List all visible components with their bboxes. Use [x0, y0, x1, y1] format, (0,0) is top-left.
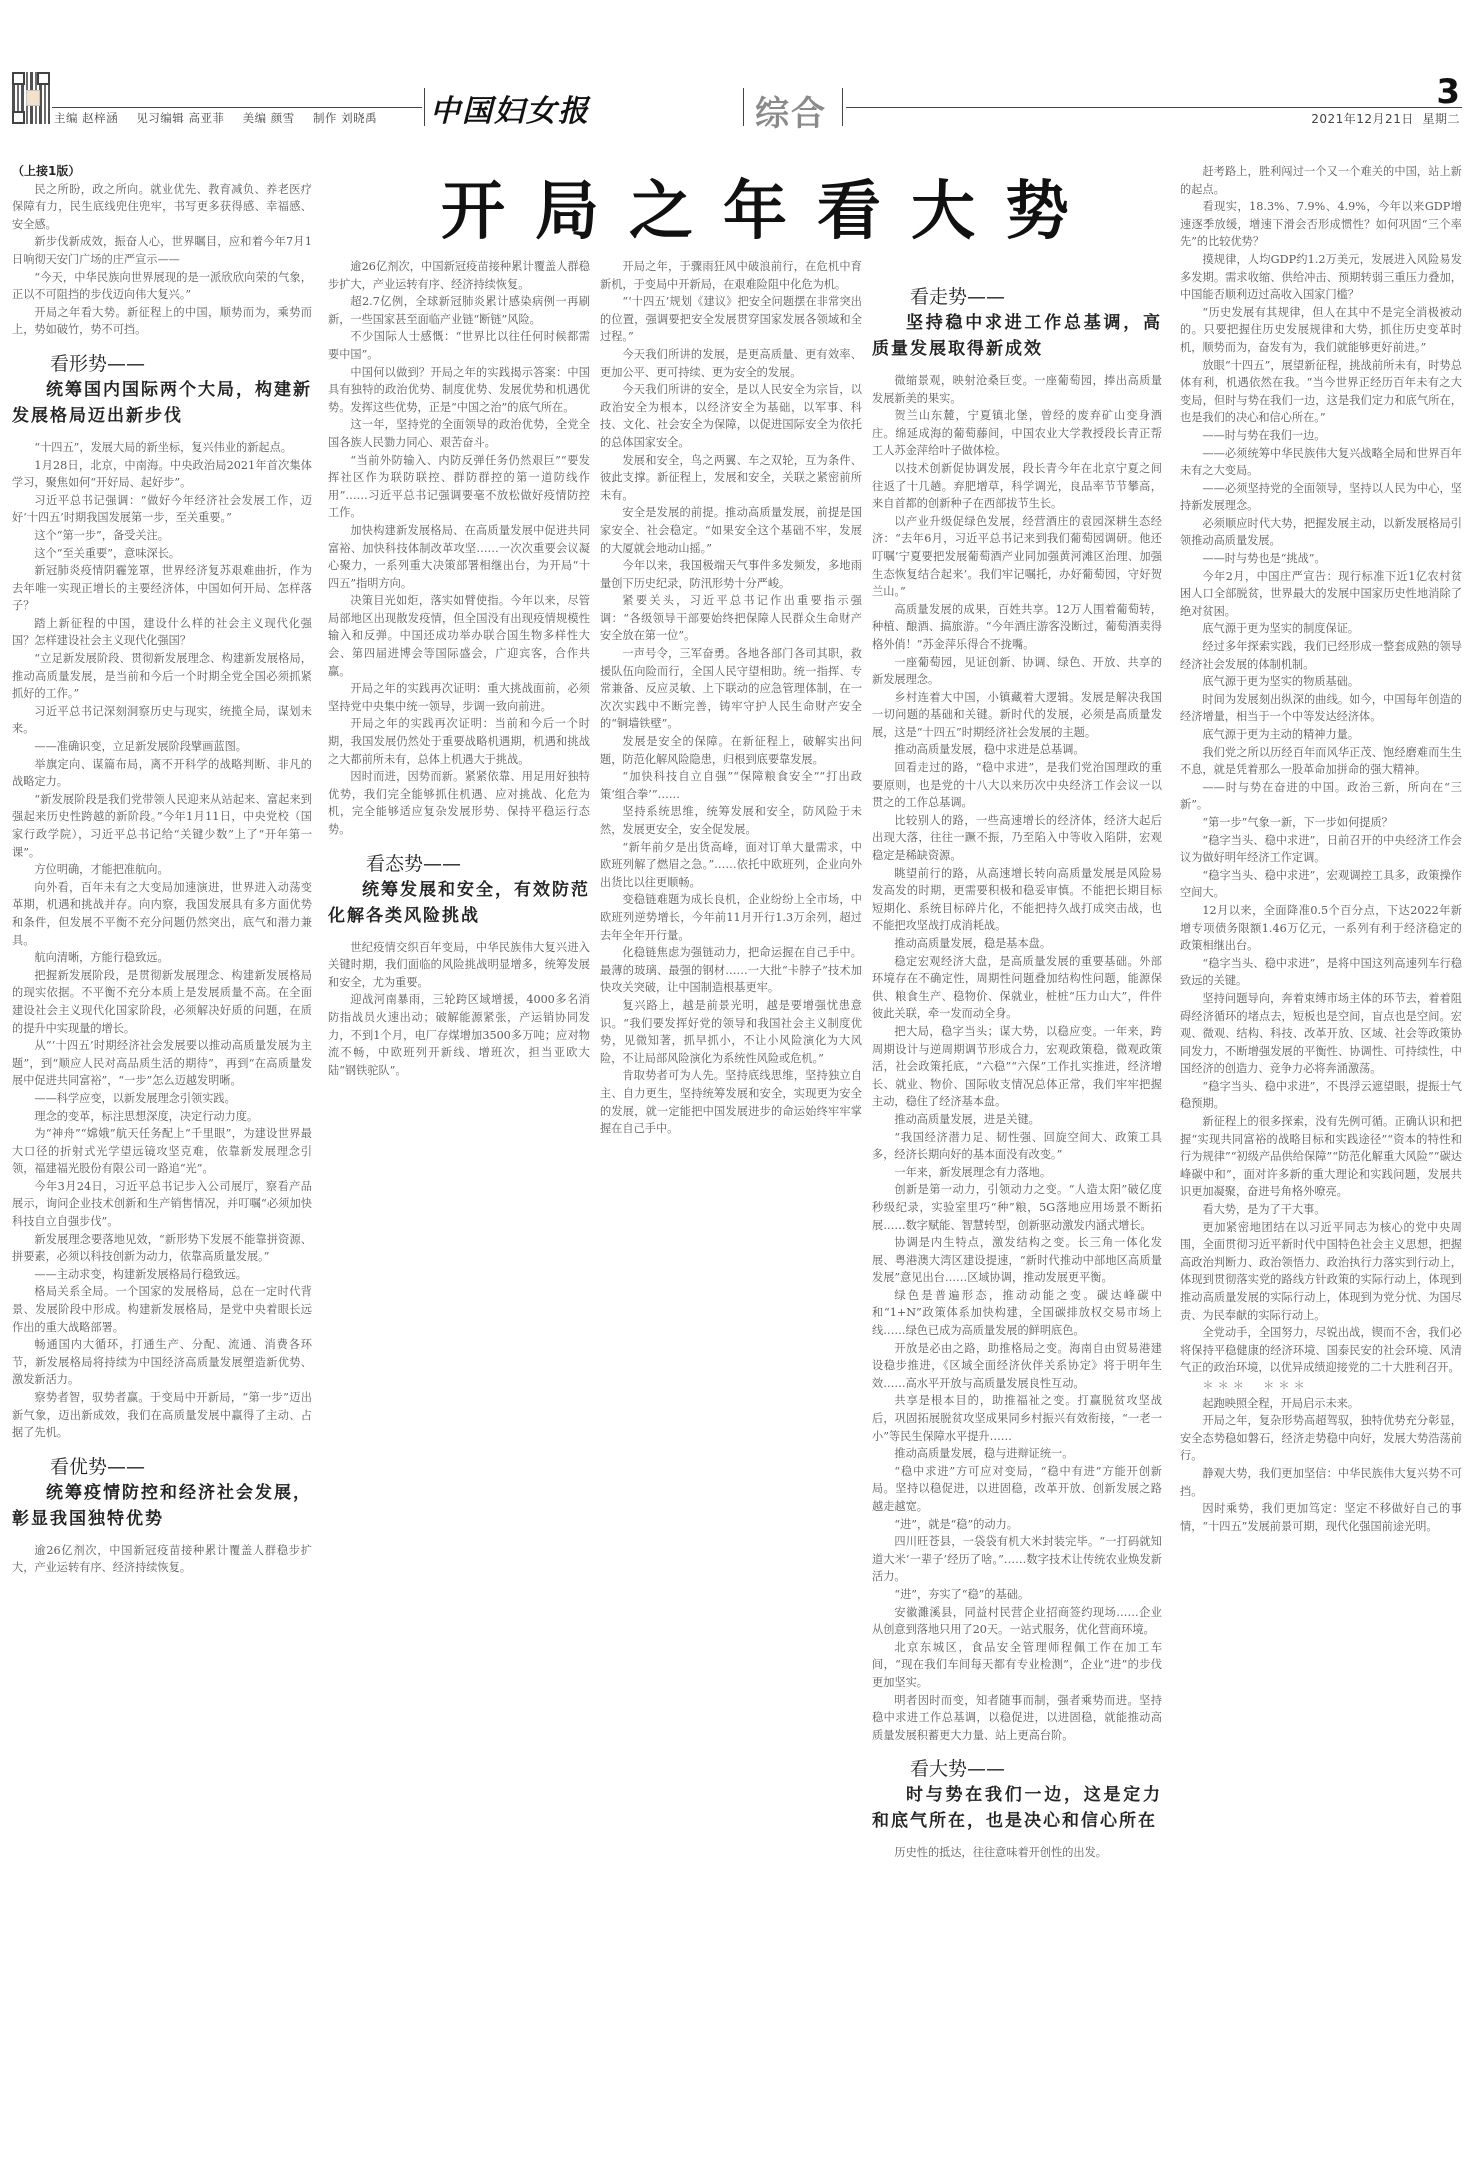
- section-divider: [842, 88, 843, 126]
- paragraph: 复兴路上，越是前景光明，越是要增强忧患意识。“我们要发挥好党的领导和我国社会主义…: [600, 997, 862, 1067]
- masthead-rule: [846, 107, 1462, 108]
- paragraph: 肯取势者可为人先。坚持底线思维，坚持独立自主、自力更生，坚持统筹发展和安全，实现…: [600, 1067, 862, 1137]
- credit-producer: 制作 刘晓禹: [313, 111, 377, 125]
- paragraph: 推动高质量发展，稳中求进是总基调。: [872, 741, 1162, 759]
- continued-from: （上接1版）: [12, 163, 312, 181]
- paragraph: 底气源于更为主动的精神力量。: [1180, 726, 1462, 744]
- paragraph: 赶考路上，胜利闯过一个又一个难关的中国，站上新的起点。: [1180, 163, 1462, 198]
- paragraph: 开局之年，于骤雨狂风中破浪前行，在危机中育新机，于变局中开新局，在艰难险阻中化危…: [600, 258, 862, 293]
- paragraph: 静观大势，我们更加坚信：中华民族伟大复兴势不可挡。: [1180, 1465, 1462, 1500]
- paragraph: 看大势，是为了干大事。: [1180, 1201, 1462, 1219]
- paragraph: 坚持问题导向，奔着束缚市场主体的环节去，着着阻碍经济循环的堵点去，短板也是空间，…: [1180, 990, 1462, 1078]
- paragraph: 必须顺应时代大势，把握发展主动，以新发展格局引领推动高质量发展。: [1180, 515, 1462, 550]
- paragraph: 理念的变革，标注思想深度，决定行动力度。: [12, 1108, 312, 1126]
- paragraph: “进”，就是“稳”的动力。: [872, 1516, 1162, 1534]
- paragraph: “加快科技自立自强”“保障粮食安全”“打出政策‘组合拳’”……: [600, 768, 862, 803]
- paragraph: 创新是第一动力，引领动力之变。“人造太阳”破亿度秒级纪录，实验室里巧“种”粮，5…: [872, 1181, 1162, 1234]
- paragraph: 底气源于更为坚实的物质基础。: [1180, 673, 1462, 691]
- paragraph: 逾26亿剂次，中国新冠疫苗接种累计覆盖人群稳步扩大，产业运转有序、经济持续恢复。: [12, 1542, 312, 1577]
- paragraph: 开局之年，复杂形势高超驾驭，独特优势充分彰显，安全态势稳如磐石，经济走势稳中向好…: [1180, 1412, 1462, 1465]
- paragraph: 民之所盼，政之所向。就业优先、教育减负、养老医疗保障有力，民生底线兜住兜牢，书写…: [12, 181, 312, 234]
- column-4: 看走势—— 坚持稳中求进工作总基调，高质量发展取得新成效 微缩景观，映射沧桑巨变…: [872, 258, 1162, 2158]
- section-body: 历史性的抵达，往往意味着开创性的出发。: [872, 1844, 1162, 1862]
- section-body: 逾26亿剂次，中国新冠疫苗接种累计覆盖人群稳步扩大，产业运转有序、经济持续恢复。…: [328, 258, 590, 839]
- paragraph: 发展和安全，鸟之两翼、车之双轮，互为条件、彼此支撑。新征程上，发展和安全，关联之…: [600, 452, 862, 505]
- paragraph: 开局之年的实践再次证明：重大挑战面前，必须坚持党中央集中统一领导，步调一致向前进…: [328, 680, 590, 715]
- paragraph: 四川旺苍县，一袋袋有机大米封装完毕。“一打码就知道大米‘一辈子’经历了啥。”………: [872, 1533, 1162, 1586]
- section-body: 世纪疫情交织百年变局，中华民族伟大复兴进入关键时期，我们面临的风险挑战明显增多，…: [328, 939, 590, 1080]
- paragraph: 开局之年的实践再次证明：当前和今后一个时期，我国发展仍然处于重要战略机遇期，机遇…: [328, 715, 590, 768]
- paragraph: 历史性的抵达，往往意味着开创性的出发。: [872, 1844, 1162, 1862]
- paragraph: 紧要关头，习近平总书记作出重要指示强调：“各级领导干部要始终把保障人民群众生命财…: [600, 592, 862, 645]
- paragraph: 明者因时而变，知者随事而制，强者乘势而进。坚持稳中求进工作总基调，以稳促进，以进…: [872, 1692, 1162, 1745]
- paragraph: “历史发展有其规律，但人在其中不是完全消极被动的。只要把握住历史发展规律和大势，…: [1180, 304, 1462, 357]
- paragraph: 航向清晰，方能行稳致远。: [12, 949, 312, 967]
- paragraph: 12月以来，全面降准0.5个百分点，下达2022年新增专项债务限额1.46万亿元…: [1180, 902, 1462, 955]
- paragraph: 经过多年探索实践，我们已经形成一整套成熟的领导经济社会发展的体制机制。: [1180, 638, 1462, 673]
- paragraph: 北京东城区，食品安全管理师程佩工作在加工车间，“现在我们车间每天都有专业检测”，…: [872, 1639, 1162, 1692]
- paragraph: ——科学应变，以新发展理念引领实践。: [12, 1090, 312, 1108]
- section-heading-situation: 看形势—— 统筹国内国际两个大局，构建新发展格局迈出新步伐: [12, 351, 312, 429]
- paragraph: 我们党之所以历经百年而风华正茂、饱经磨难而生生不息，就是凭着那么一股革命加拼命的…: [1180, 744, 1462, 779]
- paragraph: “当前外防输入、内防反弹任务仍然艰巨”“要发挥社区作为联防联控、群防群控的第一道…: [328, 452, 590, 522]
- paragraph: 这个“至关重要”，意味深长。: [12, 545, 312, 563]
- credit-chief-editor: 主编 赵梓涵: [54, 111, 118, 125]
- paragraph: ——时与势也是“挑战”。: [1180, 550, 1462, 568]
- paragraph: 察势者智，驭势者赢。于变局中开新局，“第一步”迈出新气象，迈出新成效，我们在高质…: [12, 1389, 312, 1442]
- paragraph: 加快构建新发展格局、在高质量发展中促进共同富裕、加快科技体制改革攻坚……一次次重…: [328, 522, 590, 592]
- paragraph: 回看走过的路，“稳中求进”，是我们党治国理政的重要原则，也是党的十八大以来历次中…: [872, 759, 1162, 812]
- editor-credits: 主编 赵梓涵 见习编辑 高亚菲 美编 颜雪 制作 刘晓禹: [54, 110, 391, 126]
- masthead-rule: [52, 107, 422, 108]
- paragraph: ——主动求变，构建新发展格局行稳致远。: [12, 1266, 312, 1284]
- paragraph: 为“神舟”“嫦娥”航天任务配上“千里眼”，为建设世界最大口径的折射式光学望远镜攻…: [12, 1125, 312, 1178]
- paragraph: 今年以来，我国极端天气事件多发频发，多地雨量创下历史纪录，防汛形势十分严峻。: [600, 557, 862, 592]
- paragraph: 推动高质量发展，进是关键。: [872, 1111, 1162, 1129]
- paragraph: 不少国际人士感慨：“世界比以往任何时候都需要中国”。: [328, 328, 590, 363]
- paragraph: ——必须坚持党的全面领导，坚持以人民为中心，坚持新发展理念。: [1180, 480, 1462, 515]
- paragraph: 今年2月，中国庄严宣告：现行标准下近1亿农村贫困人口全部脱贫，世界最大的发展中国…: [1180, 568, 1462, 621]
- paragraph: 起跑映照全程，开局启示未来。: [1180, 1395, 1462, 1413]
- paragraph: 安全是发展的前提。推动高质量发展，前提是国家安全、社会稳定。“如果安全这个基础不…: [600, 504, 862, 557]
- paragraph: 摸规律，人均GDP约1.2万美元，发展进入风险易发多发期。需求收缩、供给冲击、预…: [1180, 251, 1462, 304]
- paragraph: 新冠肺炎疫情阴霾笼罩，世界经济复苏艰难曲折，作为去年唯一实现正增长的主要经济体，…: [12, 562, 312, 615]
- paragraph: 化稳链焦虑为强链动力，把命运握在自己手中。最薄的玻璃、最强的钢材……一大批“卡脖…: [600, 944, 862, 997]
- paragraph: 以技术创新促协调发展，段长青今年在北京宁夏之间往返了十几趟。弃肥增草，科学调光，…: [872, 460, 1162, 513]
- column-5: 赶考路上，胜利闯过一个又一个难关的中国，站上新的起点。看现实，18.3%、7.9…: [1180, 163, 1462, 2158]
- section-heading-posture: 看态势—— 统筹发展和安全，有效防范化解各类风险挑战: [328, 851, 590, 929]
- paragraph: 格局关系全局。一个国家的发展格局，总在一定时代背景、发展阶段中形成。构建新发展格…: [12, 1283, 312, 1336]
- qr-code-icon[interactable]: [12, 72, 50, 124]
- section-title: 统筹发展和安全，有效防范化解各类风险挑战: [328, 877, 590, 929]
- section-kicker: 看态势——: [328, 851, 590, 877]
- logo-divider: [743, 88, 744, 126]
- paragraph: 绿色是普遍形态，推动动能之变。碳达峰碳中和“1+N”政策体系加快构建，全国碳排放…: [872, 1287, 1162, 1340]
- section-heading-big-picture: 看大势—— 时与势在我们一边，这是定力和底气所在，也是决心和信心所在: [872, 1756, 1162, 1834]
- paragraph: 以产业升级促绿色发展，经营酒庄的袁园深耕生态经济：“去年6月，习近平总书记来到我…: [872, 513, 1162, 601]
- paragraph: “稳字当头、稳中求进”，是将中国这列高速列车行稳致远的关键。: [1180, 955, 1462, 990]
- section-body: 微缩景观，映射沧桑巨变。一座葡萄园，捧出高质量发展新美的果实。贺兰山东麓，宁夏镇…: [872, 372, 1162, 1744]
- paragraph: ——准确识变，立足新发展阶段擘画蓝图。: [12, 738, 312, 756]
- paragraph: 高质量发展的成果，百姓共享。12万人围着葡萄转，种植、酿酒、搞旅游。“今年酒庄游…: [872, 601, 1162, 654]
- paragraph: 迎战河南暴雨，三轮跨区域增援，4000多名消防指战员火速出动；破解能源紧张，产运…: [328, 991, 590, 1079]
- paragraph: “第一步”气象一新，下一步如何提质？: [1180, 814, 1462, 832]
- column-3: 开局之年，于骤雨狂风中破浪前行，在危机中育新机，于变局中开新局，在艰难险阻中化危…: [600, 258, 862, 2158]
- paragraph: 因时乘势，我们更加笃定：坚定不移做好自己的事情，“十四五”发展前景可期，现代化强…: [1180, 1500, 1462, 1535]
- paragraph: 共享是根本目的，助推福祉之变。打赢脱贫攻坚战后，巩固拓展脱贫攻坚成果同乡村振兴有…: [872, 1392, 1162, 1445]
- paragraph: 微缩景观，映射沧桑巨变。一座葡萄园，捧出高质量发展新美的果实。: [872, 372, 1162, 407]
- paragraph: 一座葡萄园，见证创新、协调、绿色、开放、共享的新发展理念。: [872, 654, 1162, 689]
- paragraph: 贺兰山东麓，宁夏镇北堡，曾经的废弃矿山变身酒庄。绵延成海的葡萄藤间，中国农业大学…: [872, 407, 1162, 460]
- paragraph: 一声号令，三军奋勇。各地各部门各司其职，救援队伍向险而行，全国人民守望相助。统一…: [600, 645, 862, 733]
- section-body: 逾26亿剂次，中国新冠疫苗接种累计覆盖人群稳步扩大，产业运转有序、经济持续恢复。: [12, 1542, 312, 1577]
- paragraph: 发展是安全的保障。在新征程上，破解实出问题，防范化解风险隐患，归根到底要靠发展。: [600, 733, 862, 768]
- paragraph: 方位明确，才能把准航向。: [12, 861, 312, 879]
- paragraph: “稳字当头、稳中求进”，日前召开的中央经济工作会议为做好明年经济工作定调。: [1180, 832, 1462, 867]
- section-heading-trend: 看走势—— 坚持稳中求进工作总基调，高质量发展取得新成效: [872, 284, 1162, 362]
- paragraph: 协调是内生特点，激发结构之变。长三角一体化发展、粤港澳大湾区建设提速，“新时代推…: [872, 1234, 1162, 1287]
- section-title: 统筹国内国际两个大局，构建新发展格局迈出新步伐: [12, 377, 312, 429]
- paragraph: “立足新发展阶段、贯彻新发展理念、构建新发展格局，推动高质量发展，是当前和今后一…: [12, 650, 312, 703]
- paragraph: “新年前夕是出货高峰，面对订单大量需求，中欧班列解了燃眉之急。”……依托中欧班列…: [600, 839, 862, 892]
- paragraph: 踏上新征程的中国，建设什么样的社会主义现代化强国？怎样建设社会主义现代化强国？: [12, 615, 312, 650]
- page-headline: 开局之年看大势: [330, 160, 1210, 252]
- paragraph: 看现实，18.3%、7.9%、4.9%，今年以来GDP增速逐季放缓，增速下滑会否…: [1180, 198, 1462, 251]
- paragraph: 新征程上的很多探索，没有先例可循。正确认识和把握“实现共同富裕的战略目标和实践途…: [1180, 1113, 1462, 1201]
- paragraph: 推动高质量发展，稳与进辩证统一。: [872, 1445, 1162, 1463]
- paragraph: 新发展理念要落地见效，“新形势下发展不能靠拼资源、拼要素，必须以科技创新为动力，…: [12, 1231, 312, 1266]
- paragraph: 从“‘十四五’时期经济社会发展要以推动高质量发展为主题”，到“顺应人民对高品质生…: [12, 1037, 312, 1090]
- paragraph: 世纪疫情交织百年变局，中华民族伟大复兴进入关键时期，我们面临的风险挑战明显增多，…: [328, 939, 590, 992]
- paragraph: “今天，中华民族向世界展现的是一派欣欣向荣的气象，正以不可阻挡的步伐迈向伟大复兴…: [12, 269, 312, 304]
- section-heading-advantage: 看优势—— 统筹疫情防控和经济社会发展，彰显我国独特优势: [12, 1454, 312, 1532]
- page-number: 3: [1436, 72, 1460, 112]
- paragraph: 更加紧密地团结在以习近平同志为核心的党中央周围，全面贯彻习近平新时代中国特色社会…: [1180, 1219, 1462, 1325]
- column-1: （上接1版） 民之所盼，政之所向。就业优先、教育减负、养老医疗保障有力，民生底线…: [12, 163, 312, 2158]
- paragraph: ——必须统筹中华民族伟大复兴战略全局和世界百年未有之大变局。: [1180, 445, 1462, 480]
- paragraph: 眺望前行的路，从高速增长转向高质量发展是风险易发高发的时期，更需要积极和稳妥审慎…: [872, 865, 1162, 935]
- paragraph: 全党动手，全国努力，尽锐出战，锲而不舍，我们必将保持平稳健康的经济环境、国泰民安…: [1180, 1324, 1462, 1377]
- paragraph: ——时与势在奋进的中国。政治三新，所向在“三新”。: [1180, 779, 1462, 814]
- paragraph: 开放是必由之路，助推格局之变。海南自由贸易港建设稳步推进，《区域全面经济伙伴关系…: [872, 1340, 1162, 1393]
- issue-date: 2021年12月21日 星期二: [1311, 110, 1460, 127]
- paragraph: “新发展阶段是我们党带领人民迎来从站起来、富起来到强起来历史性跨越的新阶段。”今…: [12, 791, 312, 861]
- paragraph: 稳定宏观经济大盘，是高质量发展的重要基础。外部环境存在不确定性，周期性问题叠加结…: [872, 953, 1162, 1023]
- section-kicker: 看走势——: [872, 284, 1162, 310]
- paragraph: 决策目光如炬，落实如臂使指。今年以来，尽管局部地区出现散发疫情，但全国没有出现疫…: [328, 592, 590, 680]
- section-body: 开局之年，于骤雨狂风中破浪前行，在危机中育新机，于变局中开新局，在艰难险阻中化危…: [600, 258, 862, 1138]
- paragraph: 安徽濉溪县，同益村民营企业招商签约现场……企业从创意到落地只用了20天。一站式服…: [872, 1604, 1162, 1639]
- logo-divider: [424, 88, 425, 126]
- credit-trainee-editor: 见习编辑 高亚菲: [136, 111, 224, 125]
- section-kicker: 看形势——: [12, 351, 312, 377]
- paragraph: “稳中求进”方可应对变局，“稳中有进”方能开创新局。坚持以稳促进，以进固稳，改革…: [872, 1463, 1162, 1516]
- paragraph: 放眼“十四五”，展望新征程，挑战前所未有，时势总体有利，机遇依然在我。“当今世界…: [1180, 357, 1462, 427]
- paragraph: 今年3月24日，习近平总书记步入公司展厅，察看产品展示，询问企业技术创新和生产销…: [12, 1178, 312, 1231]
- paragraph: 这个“第一步”，备受关注。: [12, 527, 312, 545]
- paragraph: “我国经济潜力足、韧性强、回旋空间大、政策工具多，经济长期向好的基本面没有改变。…: [872, 1129, 1162, 1164]
- paragraph: 坚持系统思维，统筹发展和安全，防风险于未然，发展更安全，安全促发展。: [600, 803, 862, 838]
- section-kicker: 看大势——: [872, 1756, 1162, 1782]
- paragraph: 习近平总书记深刻洞察历史与现实，统揽全局，谋划未来。: [12, 703, 312, 738]
- paragraph: 逾26亿剂次，中国新冠疫苗接种累计覆盖人群稳步扩大，产业运转有序、经济持续恢复。: [328, 258, 590, 293]
- section-name: 综合: [755, 86, 827, 135]
- paragraph: 中国何以做到？开局之年的实践揭示答案：中国具有独特的政治优势、制度优势、发展优势…: [328, 364, 590, 417]
- paragraph: 时间为发展刻出纵深的曲线。如今，中国每年创造的经济增量，相当于一个中等发达经济体…: [1180, 691, 1462, 726]
- paragraph: 把握新发展阶段，是贯彻新发展理念、构建新发展格局的现实依据。不平衡不充分本质上是…: [12, 967, 312, 1037]
- paragraph: 今天我们所讲的发展，是更高质量、更有效率、更加公平、更可持续、更为安全的发展。: [600, 346, 862, 381]
- paragraph: ——时与势在我们一边。: [1180, 427, 1462, 445]
- paragraph: 底气源于更为坚实的制度保证。: [1180, 620, 1462, 638]
- paragraph: “进”，夯实了“稳”的基础。: [872, 1586, 1162, 1604]
- paragraph: 比较别人的路，一些高速增长的经济体，经济大起后出现大落，往往一蹶不振，乃至陷入中…: [872, 812, 1162, 865]
- paragraph: 畅通国内大循环，打通生产、分配、流通、消费各环节，新发展格局将持续为中国经济高质…: [12, 1336, 312, 1389]
- paragraph: “十四五”，发展大局的新坐标，复兴伟业的新起点。: [12, 439, 312, 457]
- section-title: 坚持稳中求进工作总基调，高质量发展取得新成效: [872, 310, 1162, 362]
- paragraph: 1月28日，北京，中南海。中央政治局2021年首次集体学习，聚焦如何“开好局、起…: [12, 457, 312, 492]
- column-2: 逾26亿剂次，中国新冠疫苗接种累计覆盖人群稳步扩大，产业运转有序、经济持续恢复。…: [328, 258, 590, 2158]
- paragraph: “‘十四五’规划《建议》把安全问题摆在非常突出的位置，强调要把安全发展贯穿国家发…: [600, 293, 862, 346]
- paragraph: “稳字当头、稳中求进”，宏观调控工具多，政策操作空间大。: [1180, 867, 1462, 902]
- paragraph: 这一年，坚持党的全面领导的政治优势，全党全国各族人民勠力同心、艰苦奋斗。: [328, 416, 590, 451]
- paragraph: 习近平总书记强调：“做好今年经济社会发展工作，迈好‘十四五’时期我国发展第一步，…: [12, 492, 312, 527]
- paragraph: 推动高质量发展，稳是基本盘。: [872, 935, 1162, 953]
- section-title: 时与势在我们一边，这是定力和底气所在，也是决心和信心所在: [872, 1782, 1162, 1834]
- section-separator: ＊＊＊ ＊＊＊: [1180, 1377, 1462, 1395]
- section-kicker: 看优势——: [12, 1454, 312, 1480]
- paragraph: 把大局，稳字当头；谋大势，以稳应变。一年来，跨周期设计与逆周期调节形成合力，宏观…: [872, 1023, 1162, 1111]
- masthead: 主编 赵梓涵 见习编辑 高亚菲 美编 颜雪 制作 刘晓禹 中国妇女报 综合 3 …: [0, 0, 1472, 130]
- paragraph: 超2.7亿例，全球新冠肺炎累计感染病例一再刷新，一些国家甚至面临产业链“断链”风…: [328, 293, 590, 328]
- paragraph: 乡村连着大中国，小镇藏着大逻辑。发展是解决我国一切问题的基础和关键。新时代的发展…: [872, 689, 1162, 742]
- paragraph: 向外看，百年未有之大变局加速演进，世界进入动荡变革期，机遇和挑战并存。向内察，我…: [12, 879, 312, 949]
- paragraph: 新步伐新成效，振奋人心，世界瞩目，应和着今年7月1日响彻天安门广场的庄严宣示——: [12, 233, 312, 268]
- paragraph: 今天我们所讲的安全，是以人民安全为宗旨，以政治安全为根本，以经济安全为基础，以军…: [600, 381, 862, 451]
- paragraph: 举旗定向、谋篇布局，离不开科学的战略判断、非凡的战略定力。: [12, 756, 312, 791]
- paragraph: 因时而进，因势而新。紧紧依靠、用足用好独特优势，我们完全能够抓住机遇、应对挑战、…: [328, 768, 590, 838]
- paragraph: 开局之年看大势。新征程上的中国，顺势而为，乘势而上，势如破竹，势不可挡。: [12, 304, 312, 339]
- paragraph: 变稳链难题为成长良机，企业纷纷上全市场，中欧班列逆势增长，今年前11月开行1.3…: [600, 891, 862, 944]
- newspaper-logo: 中国妇女报: [430, 86, 590, 130]
- section-body: 赶考路上，胜利闯过一个又一个难关的中国，站上新的起点。看现实，18.3%、7.9…: [1180, 163, 1462, 1377]
- paragraph: 一年来，新发展理念有力落地。: [872, 1164, 1162, 1182]
- section-title: 统筹疫情防控和经济社会发展，彰显我国独特优势: [12, 1480, 312, 1532]
- paragraph: “稳字当头、稳中求进”，不畏浮云遮望眼，提振士气稳预期。: [1180, 1078, 1462, 1113]
- credit-art-editor: 美编 颜雪: [243, 111, 295, 125]
- section-body: “十四五”，发展大局的新坐标，复兴伟业的新起点。1月28日，北京，中南海。中央政…: [12, 439, 312, 1442]
